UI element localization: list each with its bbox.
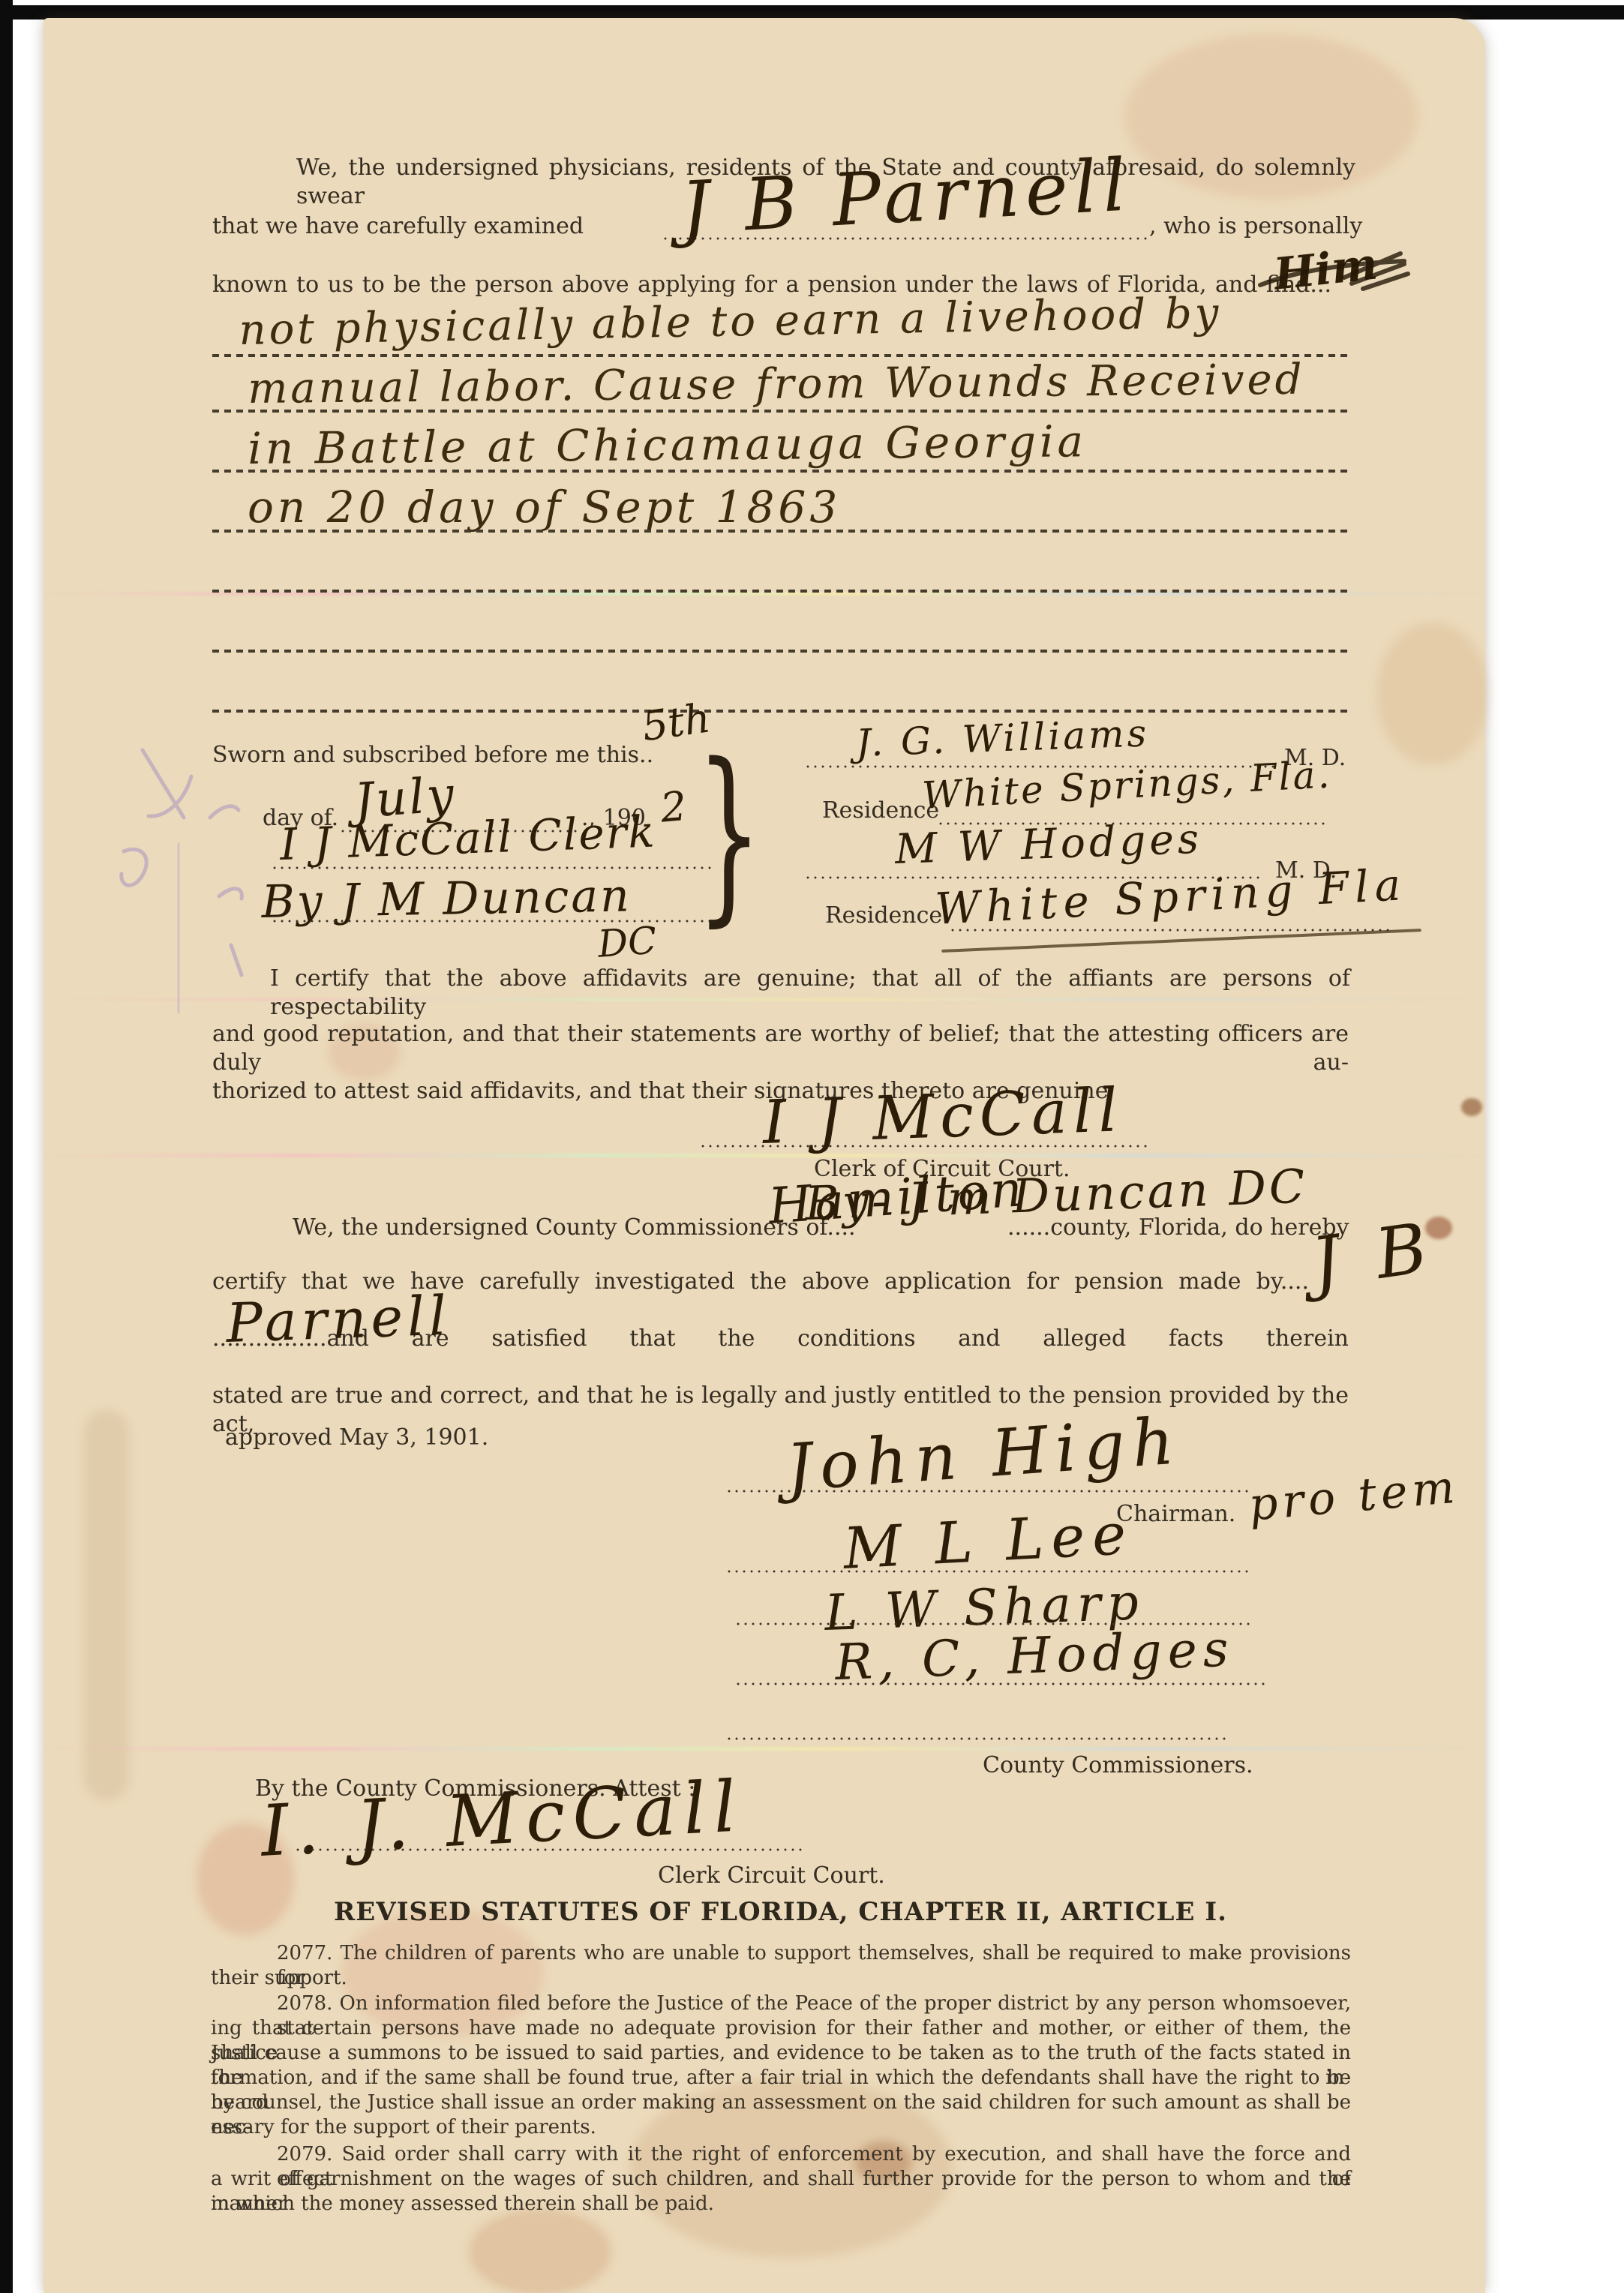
scanned-document-page: { "doc": { "physician_affidavit": { "lin…	[0, 0, 1624, 2293]
comm-line5: approved May 3, 1901.	[225, 1424, 488, 1452]
applicant-surname-handwriting: Parnell	[225, 1284, 452, 1355]
scan-edge-left	[0, 0, 13, 2293]
blank-rule-2	[212, 650, 1350, 653]
comm-line1-post: ......county, Florida, do hereby	[1007, 1214, 1349, 1242]
commissioner4-line	[737, 1682, 1268, 1685]
affidavit-line2-post: , who is personally	[1149, 212, 1362, 241]
sworn-line: Sworn and subscribed before me this..	[212, 741, 653, 770]
attest-clerk-title: Clerk Circuit Court.	[658, 1862, 885, 1890]
him-scribble-strokes	[1254, 248, 1419, 304]
applicant-initials-handwriting: J B	[1307, 1207, 1439, 1304]
statute-2078-line6: essary for the support of their parents.	[211, 2115, 1351, 2140]
finding-line3-handwriting: in Battle at Chicamauga Georgia	[248, 416, 1087, 474]
stain-right-mid	[1376, 623, 1489, 765]
statute-2077-line2: their support.	[211, 1966, 1351, 1991]
residence1-label: Residence	[822, 797, 939, 825]
ink-spot-right-edge	[1461, 1098, 1482, 1116]
cert-line2: and good reputation, and that their stat…	[212, 1020, 1349, 1077]
stain-left-edge	[84, 1410, 129, 1800]
statute-2079-line3: in which the money assessed therein shal…	[211, 2192, 1351, 2216]
blank-rule-1	[212, 590, 1350, 593]
fold-crease-4	[45, 1747, 1485, 1751]
chairman-label: Chairman.	[1116, 1500, 1235, 1529]
commissioner2-line	[728, 1570, 1253, 1573]
finding-rule-3	[212, 470, 1350, 473]
blank-signature-line	[728, 1737, 1230, 1740]
cert-clerk-signature-line	[701, 1145, 1148, 1148]
statutes-title: REVISED STATUTES OF FLORIDA, CHAPTER II,…	[212, 1898, 1349, 1926]
residence2-label: Residence.	[825, 902, 950, 930]
cert-line1: I certify that the above affidavits are …	[270, 965, 1350, 1022]
deputy-dc-handwriting: DC	[596, 919, 658, 966]
finding-line4-handwriting: on 20 day of Sept 1863	[248, 482, 841, 533]
stain-bottom-left	[469, 2209, 611, 2293]
jurat-brace: }	[696, 722, 762, 947]
blank-rule-3	[212, 710, 1350, 713]
clerk-signature-line	[273, 866, 712, 869]
county-commissioners-label: County Commissioners.	[983, 1751, 1253, 1780]
finding-line2-handwriting: manual labor. Cause from Wounds Received	[248, 356, 1305, 413]
affidavit-line2-pre: that we have carefully examined	[212, 212, 584, 241]
attest-signature-line	[296, 1848, 806, 1851]
finding-rule-2	[212, 410, 1350, 413]
chairman-signature-line	[728, 1490, 1253, 1493]
finding-rule-4	[212, 530, 1350, 533]
year-digit-handwriting: 2	[659, 782, 689, 832]
